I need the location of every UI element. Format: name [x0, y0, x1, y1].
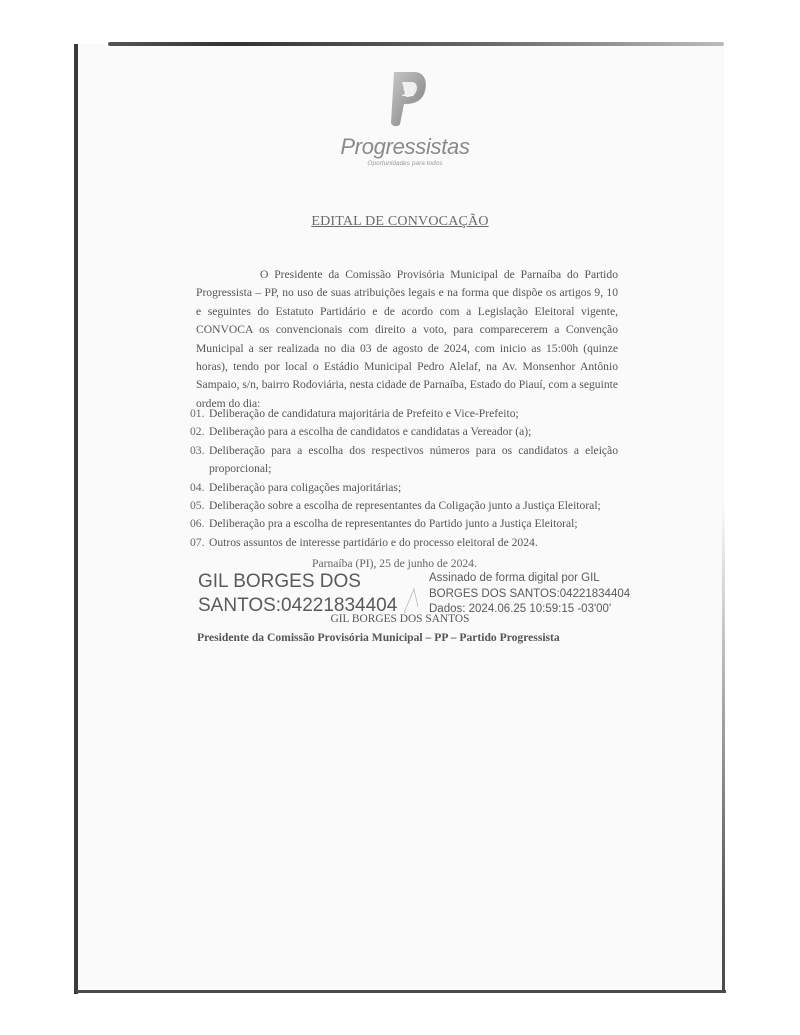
agenda-item: 03.Deliberação para a escolha dos respec…	[190, 442, 618, 479]
agenda-number: 07.	[190, 534, 209, 552]
agenda-item: 04.Deliberação para coligações majoritár…	[190, 479, 618, 497]
signature-info-line: Assinado de forma digital por GIL	[429, 571, 630, 587]
agenda-number: 06.	[190, 515, 209, 533]
scan-edge-top	[108, 42, 724, 46]
agenda-text: Deliberação de candidatura majoritária d…	[209, 405, 618, 423]
agenda-number: 03.	[190, 442, 209, 479]
agenda-text: Deliberação pra a escolha de representan…	[209, 515, 618, 533]
digital-signature-name: GIL BORGES DOS SANTOS:04221834404	[198, 570, 397, 618]
agenda-number: 05.	[190, 497, 209, 515]
agenda-text: Deliberação para coligações majoritárias…	[209, 479, 618, 497]
party-p-icon: 11	[380, 66, 430, 132]
signature-name-line: GIL BORGES DOS	[198, 570, 397, 594]
agenda-item: 01.Deliberação de candidatura majoritári…	[190, 405, 618, 423]
signer-name: GIL BORGES DOS SANTOS	[0, 613, 800, 625]
party-logo: 11 Progressistas Oportunidades para todo…	[335, 66, 475, 167]
agenda-text: Deliberação para a escolha de candidatos…	[209, 423, 618, 441]
scan-edge-right	[722, 500, 725, 993]
place-date: Parnaíba (PI), 25 de junho de 2024.	[312, 557, 477, 570]
scan-edge-left	[74, 44, 78, 994]
agenda-number: 04.	[190, 479, 209, 497]
party-tagline: Oportunidades para todos	[335, 160, 475, 167]
agenda-text: Deliberação para a escolha dos respectiv…	[209, 442, 618, 479]
scan-edge-bottom	[76, 990, 726, 993]
agenda-text: Outros assuntos de interesse partidário …	[209, 534, 618, 552]
party-number: 11	[402, 85, 414, 99]
party-name: Progressistas	[335, 134, 475, 160]
signature-info-line: BORGES DOS SANTOS:04221834404	[429, 587, 630, 603]
agenda-item: 02.Deliberação para a escolha de candida…	[190, 423, 618, 441]
agenda-item: 07.Outros assuntos de interesse partidár…	[190, 534, 618, 552]
agenda-list: 01.Deliberação de candidatura majoritári…	[190, 405, 618, 552]
signature-mark-icon	[398, 585, 428, 615]
document-title: EDITAL DE CONVOCAÇÃO	[0, 214, 800, 230]
digital-signature-info: Assinado de forma digital por GIL BORGES…	[429, 571, 630, 618]
agenda-item: 05.Deliberação sobre a escolha de repres…	[190, 497, 618, 515]
agenda-number: 01.	[190, 405, 209, 423]
agenda-item: 06.Deliberação pra a escolha de represen…	[190, 515, 618, 533]
agenda-text: Deliberação sobre a escolha de represent…	[209, 497, 618, 515]
signer-role: Presidente da Comissão Provisória Munici…	[197, 631, 560, 644]
intro-paragraph: O Presidente da Comissão Provisória Muni…	[196, 266, 618, 413]
agenda-number: 02.	[190, 423, 209, 441]
